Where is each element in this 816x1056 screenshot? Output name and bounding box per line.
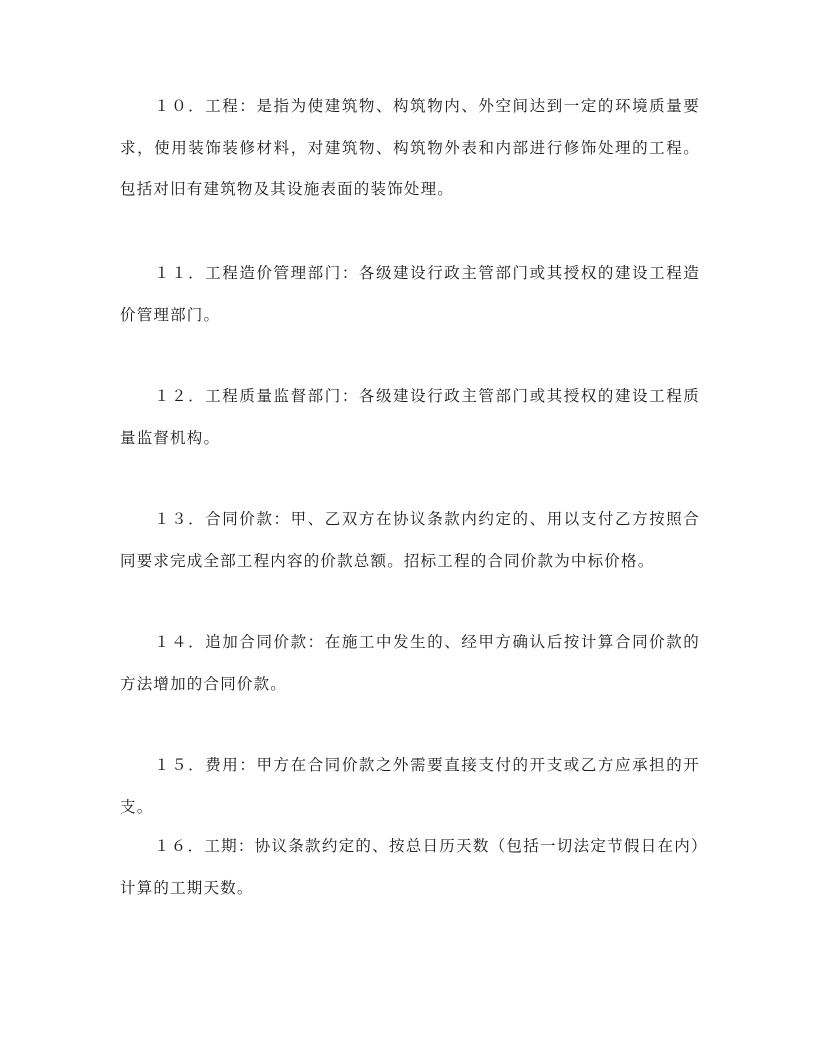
paragraph-13: １３．合同价款：甲、乙双方在协议条款内约定的、用以支付乙方按照合同要求完成全部工…	[120, 499, 700, 582]
paragraph-text: 工程造价管理部门：各级建设行政主管部门或其授权的建设工程造价管理部门。	[120, 264, 700, 324]
paragraph-text: 合同价款：甲、乙双方在协议条款内约定的、用以支付乙方按照合同要求完成全部工程内容…	[120, 510, 700, 570]
paragraph-10: １０．工程：是指为使建筑物、构筑物内、外空间达到一定的环境质量要求，使用装饰装修…	[120, 86, 700, 211]
paragraph-number: １０．	[154, 97, 205, 115]
paragraph-number: １２．	[154, 387, 205, 405]
paragraph-15: １５．费用：甲方在合同价款之外需要直接支付的开支或乙方应承担的开支。	[120, 745, 700, 828]
paragraph-number: １６．	[154, 837, 204, 855]
paragraph-text: 工程：是指为使建筑物、构筑物内、外空间达到一定的环境质量要求，使用装饰装修材料，…	[120, 97, 700, 198]
paragraph-number: １５．	[154, 756, 205, 774]
paragraph-number: １４．	[154, 633, 205, 651]
paragraph-16: １６．工期：协议条款约定的、按总日历天数（包括一切法定节假日在内）计算的工期天数…	[120, 826, 700, 909]
paragraph-number: １３．	[154, 510, 205, 528]
paragraph-number: １１．	[154, 264, 205, 282]
paragraph-14: １４．追加合同价款：在施工中发生的、经甲方确认后按计算合同价款的方法增加的合同价…	[120, 622, 700, 705]
paragraph-11: １１．工程造价管理部门：各级建设行政主管部门或其授权的建设工程造价管理部门。	[120, 253, 700, 336]
paragraph-text: 费用：甲方在合同价款之外需要直接支付的开支或乙方应承担的开支。	[120, 756, 700, 816]
paragraph-text: 工期：协议条款约定的、按总日历天数（包括一切法定节假日在内）计算的工期天数。	[120, 837, 700, 897]
paragraph-text: 追加合同价款：在施工中发生的、经甲方确认后按计算合同价款的方法增加的合同价款。	[120, 633, 700, 693]
paragraph-text: 工程质量监督部门：各级建设行政主管部门或其授权的建设工程质量监督机构。	[120, 387, 700, 447]
paragraph-12: １２．工程质量监督部门：各级建设行政主管部门或其授权的建设工程质量监督机构。	[120, 376, 700, 459]
